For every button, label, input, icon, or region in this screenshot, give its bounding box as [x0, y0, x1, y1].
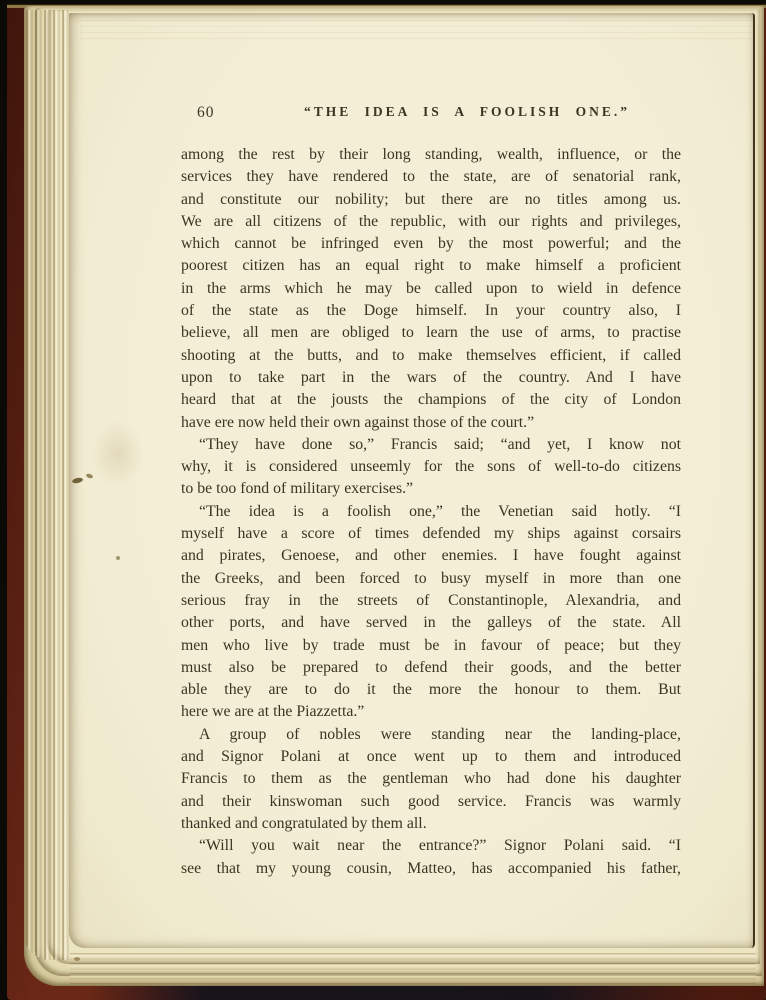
paragraph: among the rest by their long standing, w… [181, 144, 681, 434]
text-line: able they are to do it the more the hono… [181, 679, 681, 701]
top-page-lines [80, 14, 752, 42]
text-line: must also be prepared to defend their go… [181, 657, 681, 679]
text-line: A group of nobles were standing near the… [181, 724, 681, 746]
text-line: believe, all men are obliged to learn th… [181, 322, 681, 344]
text-line: heard that at the jousts the champions o… [181, 389, 681, 411]
text-line: have ere now held their own against thos… [181, 412, 681, 434]
text-line: serious fray in the streets of Constanti… [181, 590, 681, 612]
book-page: 60 “THE IDEA IS A FOOLISH ONE.” among th… [69, 13, 755, 948]
text-line: and pirates, Genoese, and other enemies.… [181, 545, 681, 567]
paragraph: A group of nobles were standing near the… [181, 724, 681, 835]
paragraph: “They have done so,” Francis said; “and … [181, 434, 681, 501]
page-blemish [74, 957, 80, 961]
page-edge-stripes [70, 950, 756, 984]
text-line: which cannot be infringed even by the mo… [181, 233, 681, 255]
text-line: services they have rendered to the state… [181, 166, 681, 188]
page-blemish [92, 420, 144, 488]
text-line: and constitute our nobility; but there a… [181, 189, 681, 211]
text-line: the Greeks, and been forced to busy myse… [181, 568, 681, 590]
paragraph: “Will you wait near the entrance?” Signo… [181, 835, 681, 880]
text-line: to be too fond of military exercises.” [181, 478, 681, 500]
text-line: “Will you wait near the entrance?” Signo… [181, 835, 681, 857]
body-text: among the rest by their long standing, w… [181, 144, 681, 880]
book-photo: 60 “THE IDEA IS A FOOLISH ONE.” among th… [0, 0, 766, 1000]
page-number: 60 [197, 104, 215, 122]
text-line: shooting at the butts, and to make thems… [181, 345, 681, 367]
text-line: thanked and congratulated by them all. [181, 813, 681, 835]
running-header-row: 60 “THE IDEA IS A FOOLISH ONE.” [181, 104, 681, 124]
page-blemish [116, 556, 120, 560]
text-line: Francis to them as the gentleman who had… [181, 768, 681, 790]
page-content: 60 “THE IDEA IS A FOOLISH ONE.” among th… [181, 13, 681, 880]
text-line: poorest citizen has an equal right to ma… [181, 255, 681, 277]
paragraph: “The idea is a foolish one,” the Venetia… [181, 501, 681, 724]
text-line: of the state as the Doge himself. In you… [181, 300, 681, 322]
text-line: in the arms which he may be called upon … [181, 278, 681, 300]
text-line: myself have a score of times defended my… [181, 523, 681, 545]
text-line: among the rest by their long standing, w… [181, 144, 681, 166]
text-line: here we are at the Piazzetta.” [181, 701, 681, 723]
text-line: see that my young cousin, Matteo, has ac… [181, 858, 681, 880]
text-line: “The idea is a foolish one,” the Venetia… [181, 501, 681, 523]
text-line: men who live by trade must be in favour … [181, 635, 681, 657]
text-line: upon to take part in the wars of the cou… [181, 367, 681, 389]
bottom-shadow [90, 984, 716, 1000]
text-line: other ports, and have served in the gall… [181, 612, 681, 634]
text-line: “They have done so,” Francis said; “and … [181, 434, 681, 456]
text-line: We are all citizens of the republic, wit… [181, 211, 681, 233]
page-edge-stripes [24, 10, 70, 960]
text-line: why, it is considered unseemly for the s… [181, 456, 681, 478]
text-line: and their kinswoman such good service. F… [181, 791, 681, 813]
running-header: “THE IDEA IS A FOOLISH ONE.” [217, 104, 717, 120]
text-line: and Signor Polani at once went up to the… [181, 746, 681, 768]
